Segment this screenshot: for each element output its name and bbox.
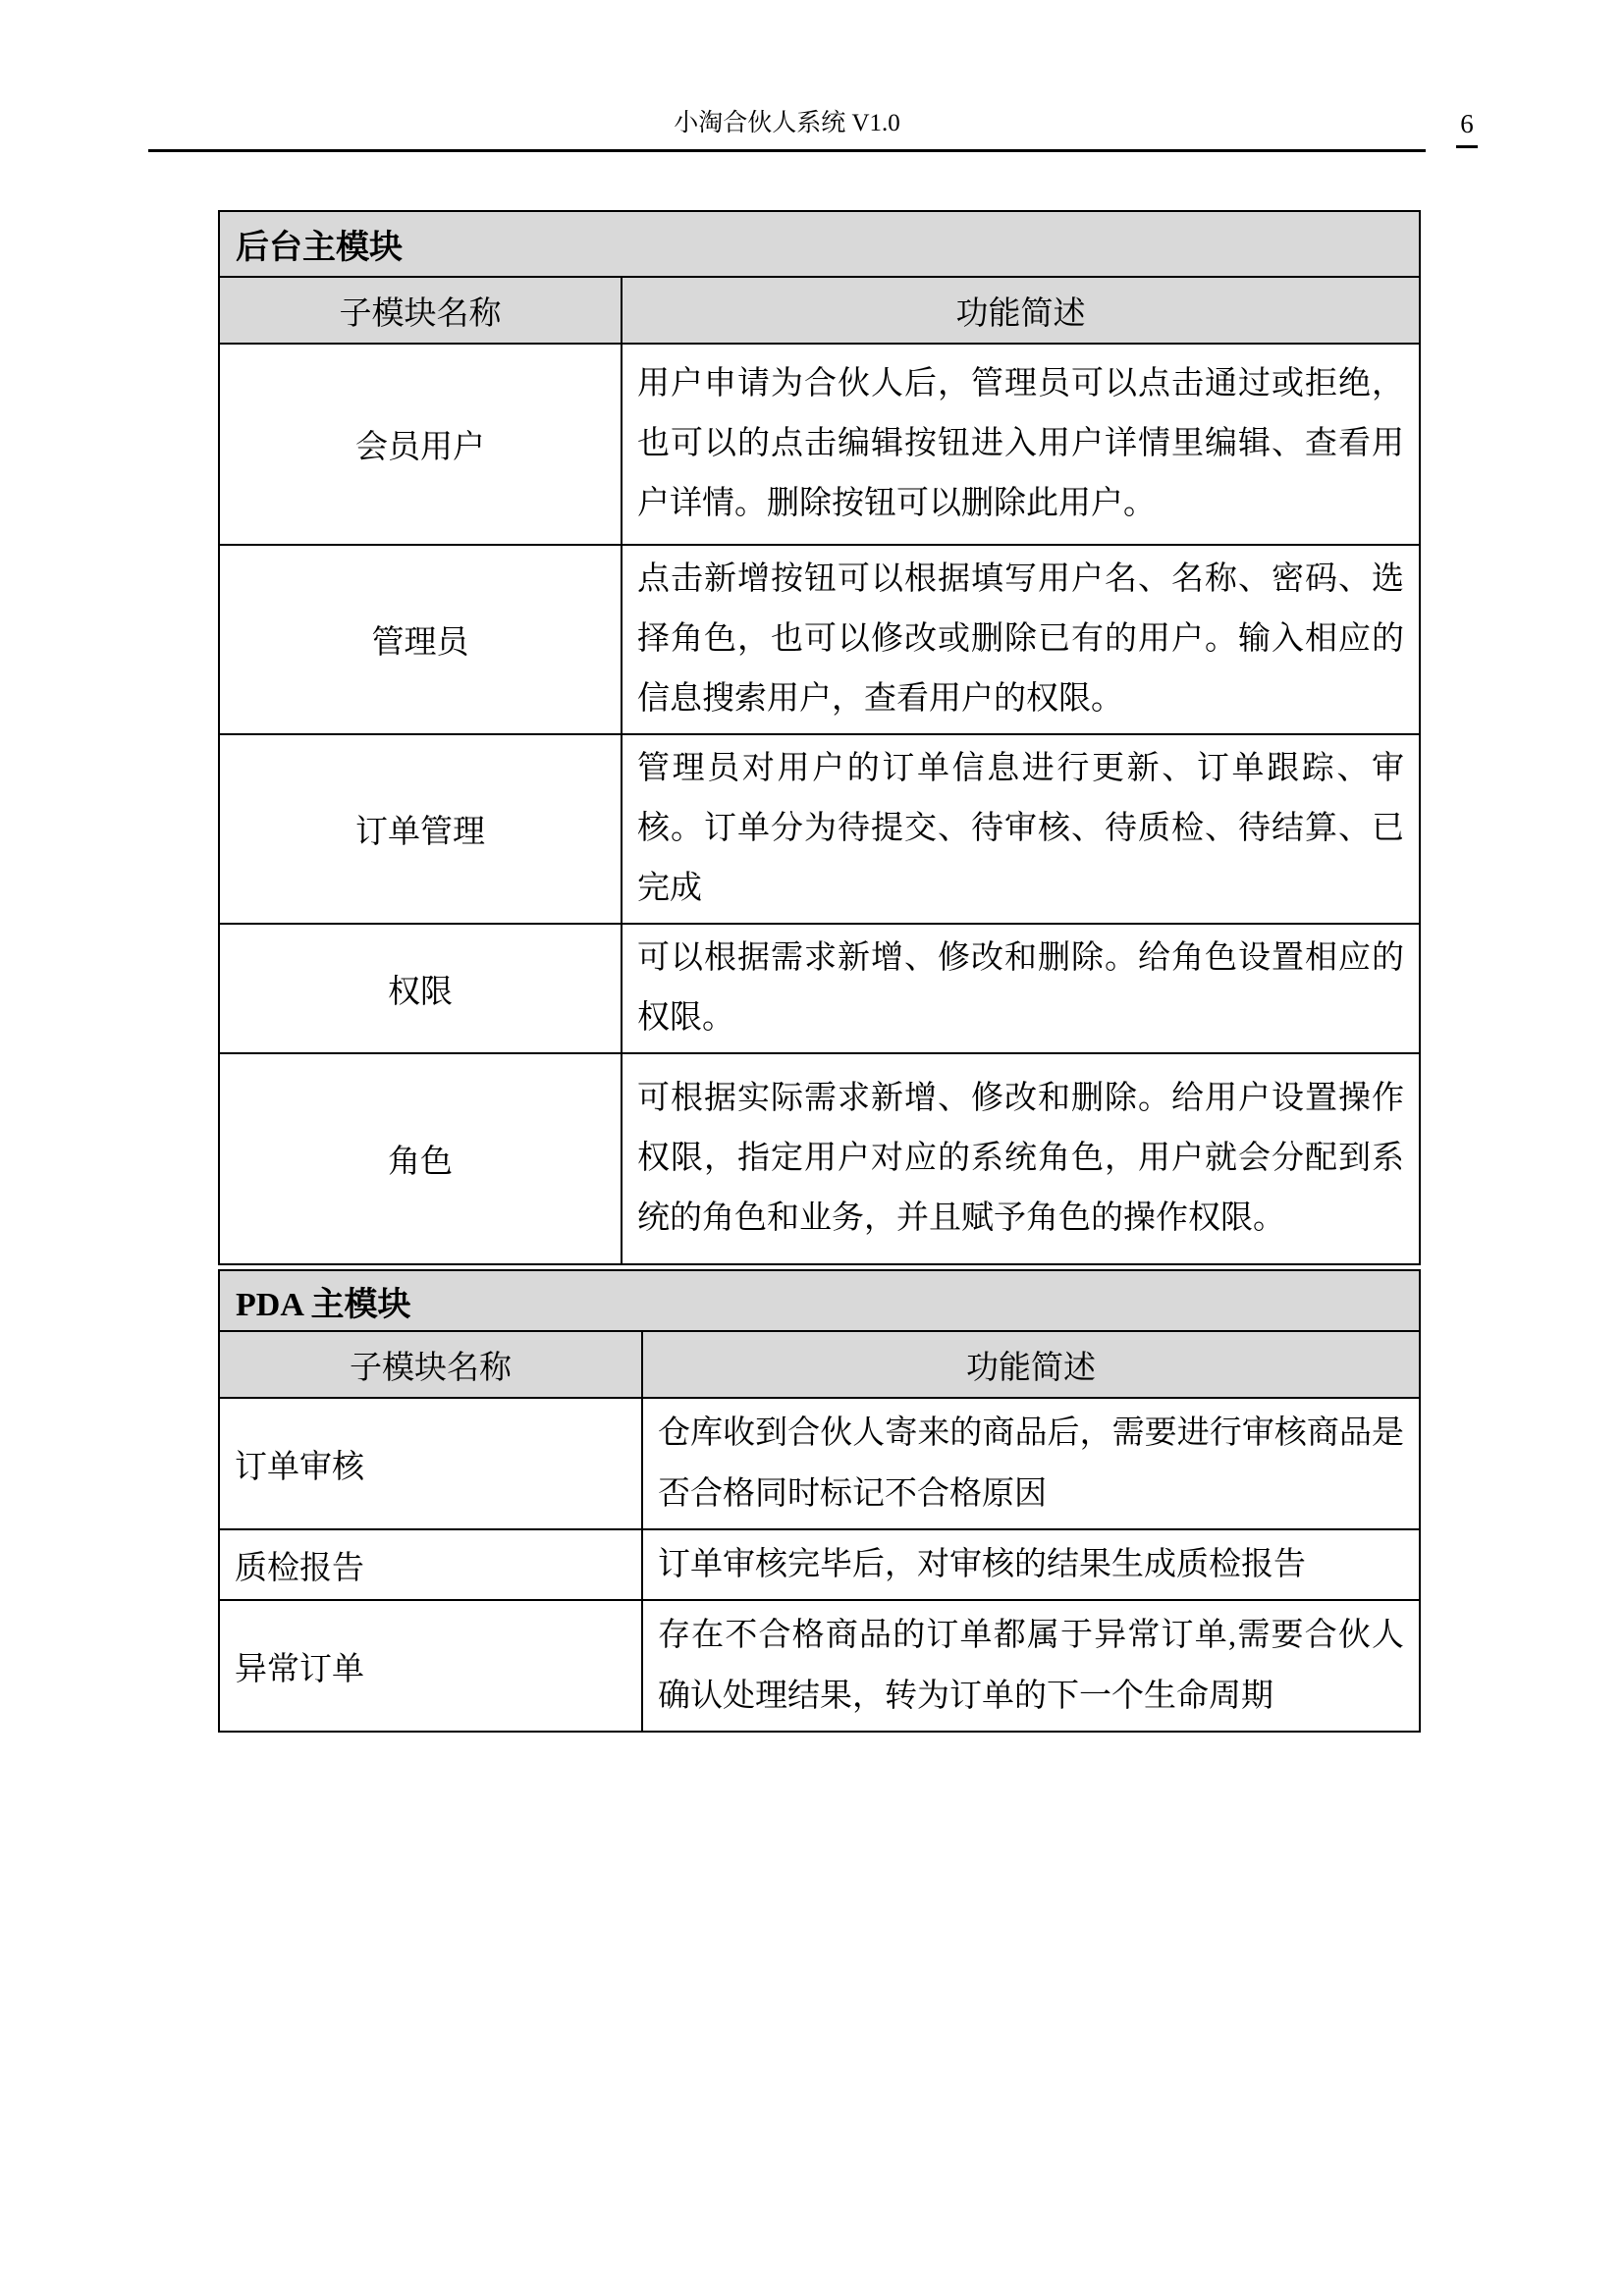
module-name-cell: 权限 [219,924,622,1053]
table-row: 角色 可根据实际需求新增、修改和删除。给用户设置操作权限，指定用户对应的系统角色… [219,1053,1420,1264]
module-name-cell: 角色 [219,1053,622,1264]
module-name-cell: 会员用户 [219,344,622,545]
table-row: 异常订单 存在不合格商品的订单都属于异常订单,需要合伙人确认处理结果，转为订单的… [219,1600,1420,1732]
table-row: 管理员 点击新增按钮可以根据填写用户名、名称、密码、选择角色，也可以修改或删除已… [219,545,1420,734]
table-row: 订单审核 仓库收到合伙人寄来的商品后，需要进行审核商品是否合格同时标记不合格原因 [219,1398,1420,1529]
column-header-function-desc: 功能简述 [642,1331,1420,1398]
table-title: PDA 主模块 [219,1270,1420,1331]
column-header-function-desc: 功能简述 [622,277,1420,344]
table-row: 质检报告 订单审核完毕后，对审核的结果生成质检报告 [219,1529,1420,1600]
module-desc-cell: 订单审核完毕后，对审核的结果生成质检报告 [642,1529,1420,1600]
table-row: 订单管理 管理员对用户的订单信息进行更新、订单跟踪、审核。订单分为待提交、待审核… [219,734,1420,924]
document-page: 小淘合伙人系统 V1.0 6 后台主模块 子模块名称 功能简述 会员用户 用户申… [0,0,1624,2296]
page-header-title: 小淘合伙人系统 V1.0 [148,104,1426,143]
module-name-cell: 管理员 [219,545,622,734]
module-desc-cell: 管理员对用户的订单信息进行更新、订单跟踪、审核。订单分为待提交、待审核、待质检、… [622,734,1420,924]
table-header-row: 子模块名称 功能简述 [219,277,1420,344]
table-title-row: 后台主模块 [219,211,1420,277]
backend-module-table: 后台主模块 子模块名称 功能简述 会员用户 用户申请为合伙人后，管理员可以点击通… [218,210,1421,1265]
page-header-rule [148,149,1426,152]
page-number: 6 [1449,104,1485,147]
page-number-value: 6 [1456,104,1478,148]
module-name-cell: 质检报告 [219,1529,642,1600]
module-desc-cell: 用户申请为合伙人后，管理员可以点击通过或拒绝，也可以的点击编辑按钮进入用户详情里… [622,344,1420,545]
table-title-row: PDA 主模块 [219,1270,1420,1331]
module-desc-cell: 存在不合格商品的订单都属于异常订单,需要合伙人确认处理结果，转为订单的下一个生命… [642,1600,1420,1732]
module-desc-cell: 仓库收到合伙人寄来的商品后，需要进行审核商品是否合格同时标记不合格原因 [642,1398,1420,1529]
table-row: 权限 可以根据需求新增、修改和删除。给角色设置相应的权限。 [219,924,1420,1053]
module-desc-cell: 可以根据需求新增、修改和删除。给角色设置相应的权限。 [622,924,1420,1053]
table-header-row: 子模块名称 功能简述 [219,1331,1420,1398]
module-desc-cell: 可根据实际需求新增、修改和删除。给用户设置操作权限，指定用户对应的系统角色，用户… [622,1053,1420,1264]
module-desc-cell: 点击新增按钮可以根据填写用户名、名称、密码、选择角色，也可以修改或删除已有的用户… [622,545,1420,734]
module-name-cell: 异常订单 [219,1600,642,1732]
module-name-cell: 订单审核 [219,1398,642,1529]
column-header-module-name: 子模块名称 [219,277,622,344]
table-title: 后台主模块 [219,211,1420,277]
table-row: 会员用户 用户申请为合伙人后，管理员可以点击通过或拒绝，也可以的点击编辑按钮进入… [219,344,1420,545]
column-header-module-name: 子模块名称 [219,1331,642,1398]
pda-module-table: PDA 主模块 子模块名称 功能简述 订单审核 仓库收到合伙人寄来的商品后，需要… [218,1269,1421,1733]
module-name-cell: 订单管理 [219,734,622,924]
